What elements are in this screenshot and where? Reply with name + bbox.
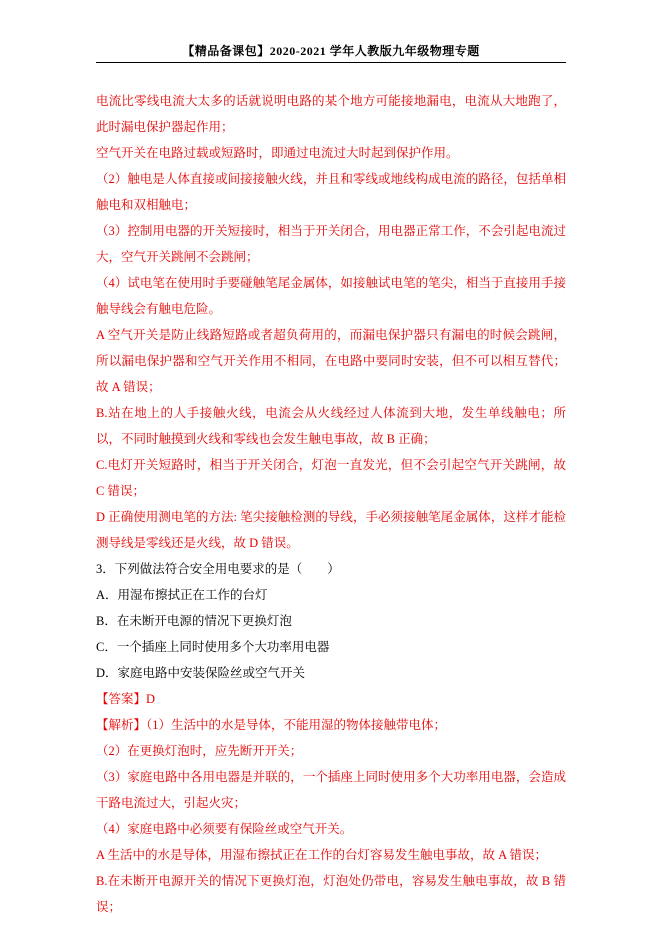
paragraph: 【解析】（1）生活中的水是导体，不能用湿的物体接触带电体；	[96, 712, 566, 738]
paragraph: 电流比零线电流大太多的话就说明电路的某个地方可能接地漏电，电流从大地跑了，此时漏…	[96, 88, 566, 140]
paragraph: B.站在地上的人手接触火线，电流会从火线经过人体流到大地，发生单线触电；所以，不…	[96, 400, 566, 452]
header-rule	[96, 62, 566, 63]
paragraph: B.在未断开电源开关的情况下更换灯泡，灯泡处仍带电，容易发生触电事故，故 B 错…	[96, 868, 566, 920]
page-header: 【精品备课包】2020-2021 学年人教版九年级物理专题	[96, 42, 566, 60]
paragraph: A．用湿布擦拭正在工作的台灯	[96, 582, 566, 608]
document-page: 【精品备课包】2020-2021 学年人教版九年级物理专题 电流比零线电流大太多…	[0, 0, 661, 935]
paragraph: （2）在更换灯泡时，应先断开开关；	[96, 738, 566, 764]
paragraph: （3）控制用电器的开关短接时，相当于开关闭合，用电器正常工作，不会引起电流过大，…	[96, 218, 566, 270]
paragraph: （4）试电笔在使用时手要碰触笔尾金属体，如接触试电笔的笔尖，相当于直接用手接触导…	[96, 270, 566, 322]
paragraph: D．家庭电路中安装保险丝或空气开关	[96, 660, 566, 686]
header-title: 【精品备课包】2020-2021 学年人教版九年级物理专题	[96, 42, 566, 60]
paragraph: C.电灯开关短路时，相当于开关闭合，灯泡一直发光，但不会引起空气开关跳闸，故 C…	[96, 452, 566, 504]
document-body: 电流比零线电流大太多的话就说明电路的某个地方可能接地漏电，电流从大地跑了，此时漏…	[96, 88, 566, 920]
paragraph: A 空气开关是防止线路短路或者超负荷用的，而漏电保护器只有漏电的时候会跳闸，所以…	[96, 322, 566, 400]
paragraph: （4）家庭电路中必须要有保险丝或空气开关。	[96, 816, 566, 842]
paragraph: D 正确使用测电笔的方法: 笔尖接触检测的导线，手必须接触笔尾金属体，这样才能检…	[96, 504, 566, 556]
paragraph: 3．下列做法符合安全用电要求的是（ ）	[96, 556, 566, 582]
paragraph: （3）家庭电路中各用电器是并联的，一个插座上同时使用多个大功率用电器，会造成干路…	[96, 764, 566, 816]
paragraph: 空气开关在电路过载或短路时，即通过电流过大时起到保护作用。	[96, 140, 566, 166]
paragraph: C．一个插座上同时使用多个大功率用电器	[96, 634, 566, 660]
paragraph: A 生活中的水是导体，用湿布擦拭正在工作的台灯容易发生触电事故，故 A 错误；	[96, 842, 566, 868]
paragraph: （2）触电是人体直接或间接接触火线，并且和零线或地线构成电流的路径，包括单相触电…	[96, 166, 566, 218]
paragraph: 【答案】D	[96, 686, 566, 712]
paragraph: B．在未断开电源的情况下更换灯泡	[96, 608, 566, 634]
